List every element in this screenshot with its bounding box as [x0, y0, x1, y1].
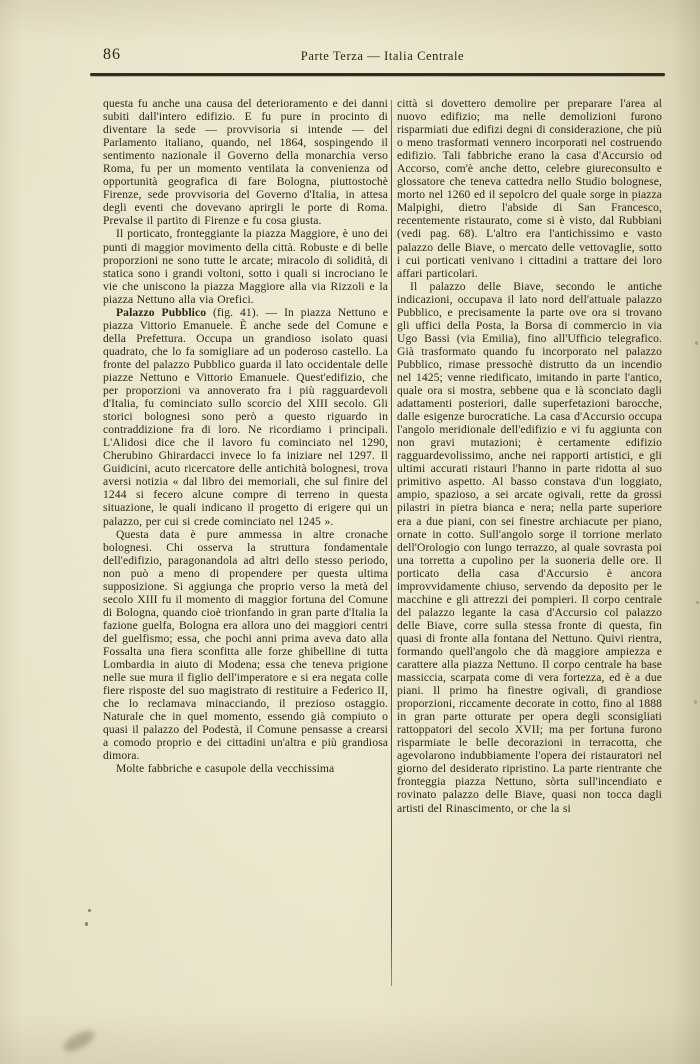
- margin-ink-speck: [88, 909, 91, 912]
- page-header: 86 Parte Terza — Italia Centrale: [103, 44, 662, 68]
- paragraph-text: Molte fabbriche e casupole della vecchis…: [116, 762, 334, 775]
- edge-ink-speck: [694, 700, 697, 704]
- left-column: questa fu anche una causa del deterioram…: [103, 97, 388, 775]
- paragraph: Il palazzo delle Biave, secondo le antic…: [397, 280, 662, 815]
- paragraph-text: Il porticato, fronteggiante la piazza Ma…: [103, 227, 388, 305]
- paragraph: città si dovettero demolire per preparar…: [397, 97, 662, 280]
- running-title: Parte Terza — Italia Centrale: [103, 49, 662, 64]
- paragraph-text: questa fu anche una causa del deterioram…: [103, 97, 388, 227]
- paragraph: Questa data è pure ammessa in altre cron…: [103, 528, 388, 763]
- paragraph: Palazzo Pubblico (fig. 41). — In piazza …: [103, 306, 388, 528]
- paragraph: questa fu anche una causa del deterioram…: [103, 97, 388, 227]
- margin-ink-speck: [85, 922, 88, 926]
- header-rule: [90, 73, 665, 76]
- right-column: città si dovettero demolire per preparar…: [397, 97, 662, 815]
- edge-ink-speck: [696, 601, 699, 604]
- edge-ink-speck: [695, 341, 698, 345]
- book-page: 86 Parte Terza — Italia Centrale questa …: [0, 0, 700, 1064]
- paragraph: Molte fabbriche e casupole della vecchis…: [103, 762, 388, 775]
- paragraph-text: Il palazzo delle Biave, secondo le antic…: [397, 280, 662, 815]
- paragraph-text: Questa data è pure ammessa in altre cron…: [103, 528, 388, 763]
- scan-smudge: [61, 1027, 98, 1055]
- paragraph: Il porticato, fronteggiante la piazza Ma…: [103, 227, 388, 305]
- paragraph-text: (fig. 41). — In piazza Nettuno e piazza …: [103, 306, 388, 528]
- paragraph-text: città si dovettero demolire per preparar…: [397, 97, 662, 280]
- column-divider-rule: [391, 100, 392, 986]
- paragraph-lead: Palazzo Pubblico: [116, 306, 206, 319]
